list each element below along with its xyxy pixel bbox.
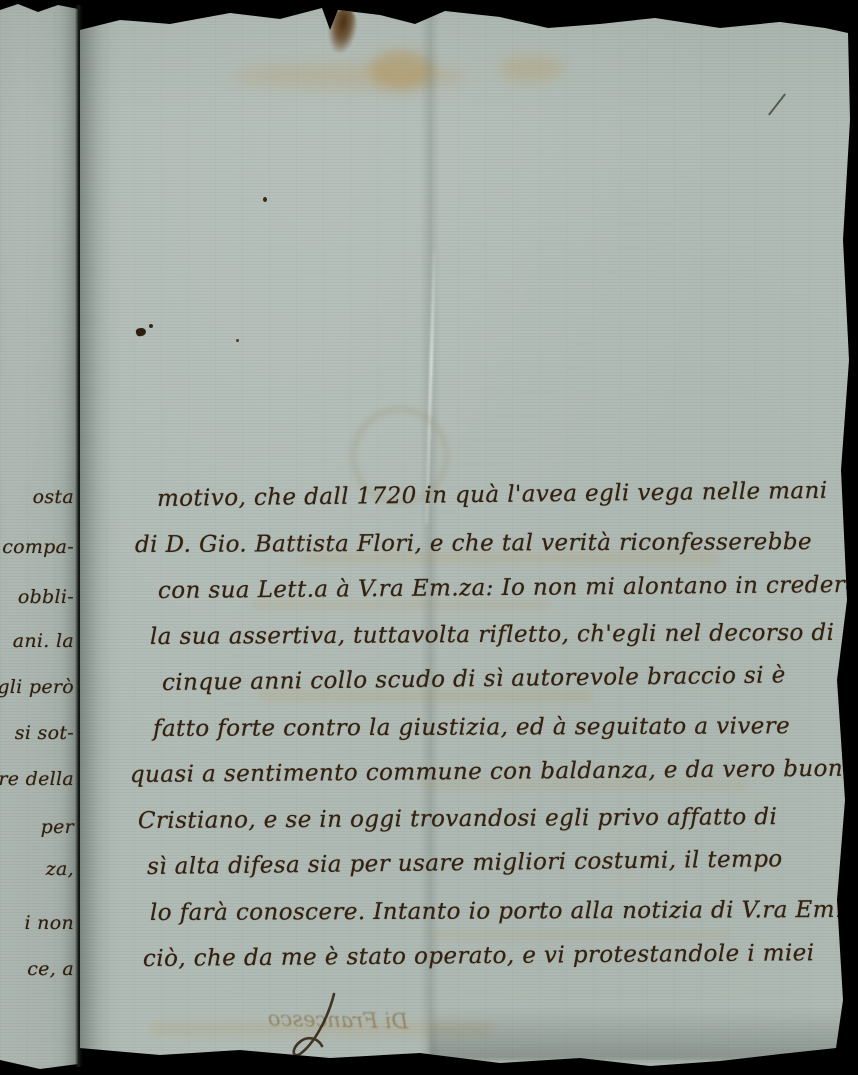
- paper-fiber: [768, 93, 786, 116]
- handwritten-line: cinque anni collo scudo di sì autorevole…: [162, 662, 786, 696]
- ink-speck: [149, 324, 153, 328]
- showthrough-smudge: [430, 930, 730, 940]
- handwritten-line: lo farà conoscere. Intanto io porto alla…: [150, 897, 858, 926]
- ink-speck: [236, 339, 239, 342]
- water-stain: [498, 56, 564, 82]
- left-fragment: per: [41, 816, 74, 838]
- left-fragment: ce, a: [27, 958, 74, 980]
- handwritten-line: Cristiano, e se in oggi trovandosi egli …: [138, 804, 777, 834]
- handwritten-line: fatto forte contro la giustizia, ed à se…: [153, 713, 790, 742]
- left-fragment: i non: [24, 912, 74, 934]
- handwritten-line: con sua Lett.a à V.ra Em.za: Io non mi a…: [158, 572, 858, 604]
- handwritten-line: di D. Gio. Battista Flori, e che tal ver…: [135, 529, 812, 558]
- left-fragment: si sot-: [15, 722, 74, 744]
- left-page-edge: osta compa- obbli- ani. la gli però si s…: [0, 0, 78, 1075]
- handwritten-line: la sua assertiva, tuttavolta rifletto, c…: [150, 620, 834, 650]
- ink-speck: [263, 197, 267, 202]
- handwritten-line: ciò, che da me è stato operato, e vi pro…: [143, 940, 815, 972]
- handwritten-line: sì alta difesa sia per usare migliori co…: [147, 846, 783, 880]
- left-fragment: obbli-: [18, 586, 74, 608]
- manuscript-scan: osta compa- obbli- ani. la gli però si s…: [0, 0, 858, 1075]
- ink-blot: [325, 7, 359, 54]
- left-fragment: compa-: [2, 536, 74, 558]
- handwritten-line: motivo, che dall 1720 in quà l'avea egli…: [157, 478, 828, 512]
- ink-speck: [135, 327, 146, 337]
- left-fragment: osta: [33, 486, 74, 508]
- left-fragment: za,: [46, 858, 74, 880]
- left-fragment: gli però: [0, 676, 74, 698]
- left-fragment: re della: [0, 768, 74, 790]
- left-fragment: ani. la: [13, 630, 74, 652]
- ink-flourish: [288, 992, 348, 1064]
- letter-page: motivo, che dall 1720 in quà l'avea egli…: [80, 0, 858, 1075]
